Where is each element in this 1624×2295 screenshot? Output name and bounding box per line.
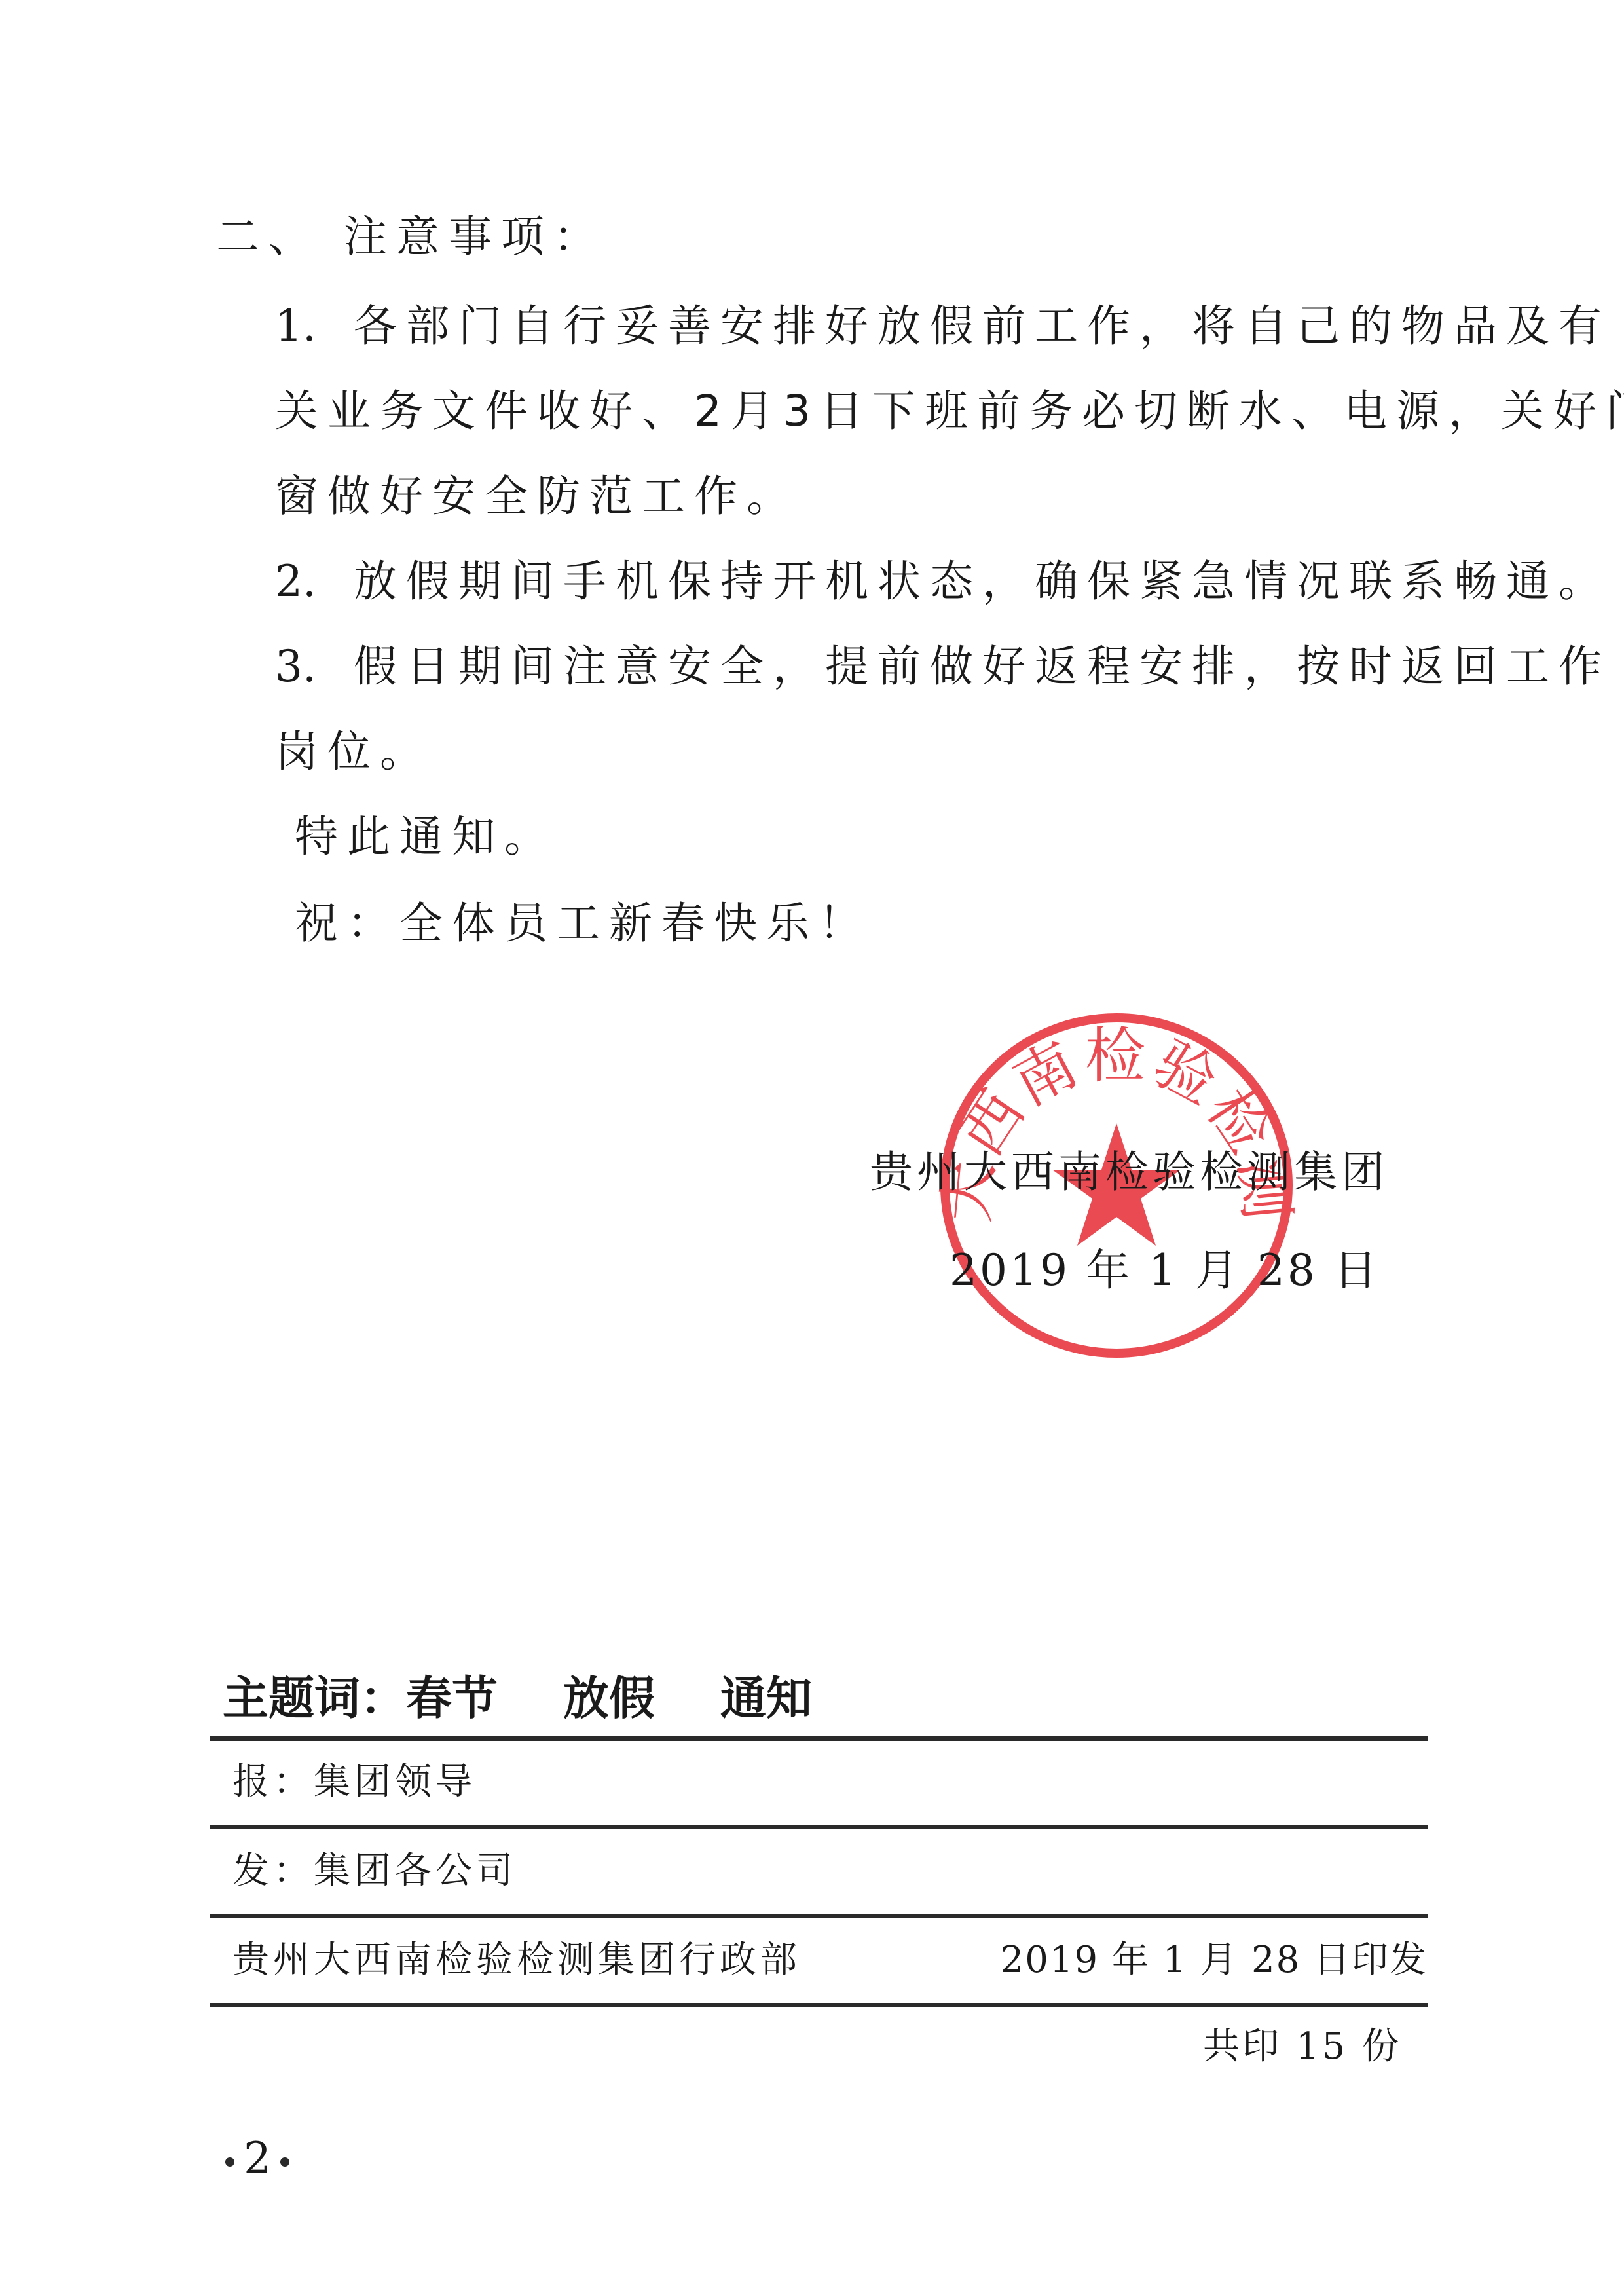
divider [210, 2003, 1428, 2007]
bullet-icon [225, 2157, 234, 2167]
item-number: 2. [275, 555, 354, 608]
item-text-line: 关业务文件收好、2月3日下班前务必切断水、电源，关好门 [275, 385, 1624, 438]
subject-keywords: 主题词：春节放假通知 [223, 1669, 812, 1728]
section-heading: 二、 注意事项： [216, 211, 606, 263]
list-item-2: 2.放假期间手机保持开机状态，确保紧急情况联系畅通。 [275, 555, 1611, 608]
item-number: 1. [275, 300, 354, 352]
bullet-icon [280, 2157, 289, 2167]
subject-term: 通知 [720, 1671, 812, 1725]
closing-notice: 特此通知。 [295, 811, 557, 863]
item-text-line: 各部门自行妥善安排好放假前工作，将自己的物品及有 [354, 301, 1611, 351]
item-text-line: 窗做好安全防范工作。 [275, 470, 799, 523]
report-to: 报：集团领导 [232, 1759, 476, 1805]
copies-count: 共印 15 份 [1203, 2024, 1401, 2070]
document-page: 二、 注意事项： 1.各部门自行妥善安排好放假前工作，将自己的物品及有 关业务文… [0, 0, 1624, 2295]
divider [210, 1914, 1428, 1918]
item-text-line: 岗位。 [275, 726, 432, 778]
closing-greeting: 祝：全体员工新春快乐！ [295, 897, 871, 950]
subject-term: 春节 [406, 1671, 498, 1725]
item-text-line: 假日期间注意安全，提前做好返程安排，按时返回工作 [354, 641, 1611, 692]
list-item-3: 3.假日期间注意安全，提前做好返程安排，按时返回工作 [275, 641, 1611, 693]
subject-label: 主题词： [223, 1671, 406, 1725]
signature-date: 2019 年 1 月 28 日 [950, 1244, 1380, 1297]
list-item-1: 1.各部门自行妥善安排好放假前工作，将自己的物品及有 [275, 300, 1611, 352]
subject-term: 放假 [563, 1671, 655, 1725]
page-number-value: 2 [244, 2133, 271, 2184]
send-to: 发：集团各公司 [232, 1848, 517, 1894]
item-text-line: 放假期间手机保持开机状态，确保紧急情况联系畅通。 [354, 556, 1611, 606]
issue-date: 2019 年 1 月 28 日印发 [1001, 1937, 1428, 1983]
issuer: 贵州大西南检验检测集团行政部 [232, 1937, 801, 1983]
signature-organization: 贵州大西南检验检测集团 [870, 1146, 1388, 1199]
divider [210, 1736, 1428, 1741]
page-number: 2 [216, 2133, 299, 2185]
divider [210, 1825, 1428, 1829]
item-number: 3. [275, 641, 354, 693]
